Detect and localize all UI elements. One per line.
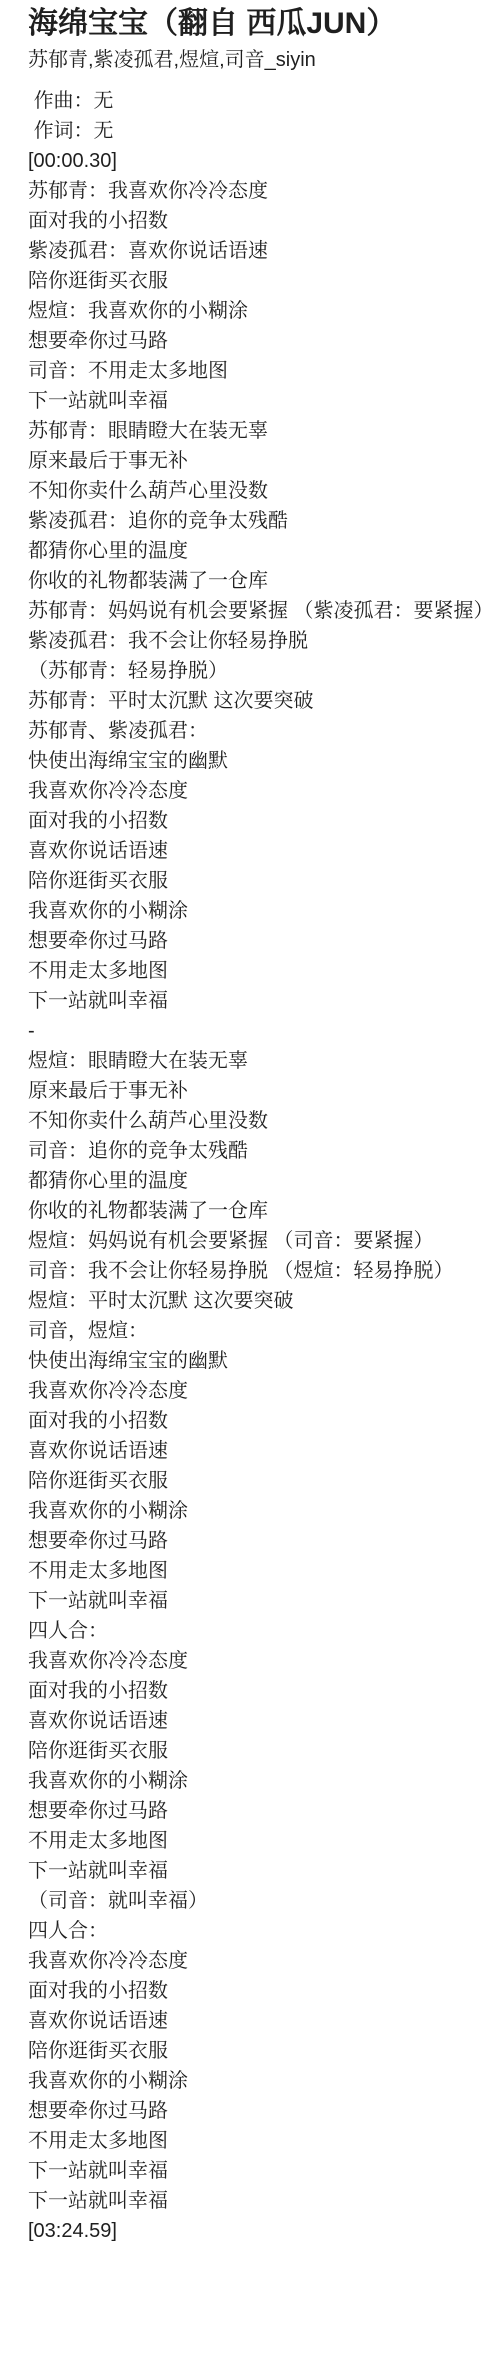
lyric-line: 不用走太多地图: [28, 1556, 490, 1586]
lyric-line: 苏郁青、紫凌孤君：: [28, 716, 490, 746]
lyric-line: 苏郁青：平时太沉默 这次要突破: [28, 686, 490, 716]
lyric-line: 不用走太多地图: [28, 1826, 490, 1856]
lyric-line: 原来最后于事无补: [28, 1076, 490, 1106]
lyric-line: -: [28, 1016, 490, 1046]
lyric-line: 紫凌孤君：我不会让你轻易挣脱: [28, 626, 490, 656]
lyric-line: 快使出海绵宝宝的幽默: [28, 746, 490, 776]
lyric-line: 下一站就叫幸福: [28, 386, 490, 416]
lyric-line: 我喜欢你的小糊涂: [28, 896, 490, 926]
lyric-line: 司音：追你的竞争太残酷: [28, 1136, 490, 1166]
lyric-line: （苏郁青：轻易挣脱）: [28, 656, 490, 686]
lyric-line: 陪你逛街买衣服: [28, 266, 490, 296]
lyric-line: 想要牵你过马路: [28, 2096, 490, 2126]
lyric-line: 我喜欢你的小糊涂: [28, 1766, 490, 1796]
lyric-line: [00:00.30]: [28, 146, 490, 176]
lyric-line: 作词：无: [28, 116, 490, 146]
lyric-line: 不知你卖什么葫芦心里没数: [28, 1106, 490, 1136]
lyric-line: 司音，煜煊：: [28, 1316, 490, 1346]
lyric-line: 陪你逛街买衣服: [28, 2036, 490, 2066]
lyric-line: 我喜欢你冷冷态度: [28, 776, 490, 806]
lyric-line: 想要牵你过马路: [28, 1526, 490, 1556]
lyric-line: 煜煊：平时太沉默 这次要突破: [28, 1286, 490, 1316]
lyric-line: 作曲：无: [28, 86, 490, 116]
lyrics-page: 海绵宝宝（翻自 西瓜JUN） 苏郁青,紫凌孤君,煜煊,司音_siyin 作曲：无…: [0, 0, 500, 2366]
lyric-line: 喜欢你说话语速: [28, 836, 490, 866]
lyric-line: 煜煊：眼睛瞪大在装无辜: [28, 1046, 490, 1076]
lyric-line: 面对我的小招数: [28, 1676, 490, 1706]
lyric-line: 四人合：: [28, 1916, 490, 1946]
lyric-line: 面对我的小招数: [28, 806, 490, 836]
lyric-line: 下一站就叫幸福: [28, 2156, 490, 2186]
lyric-line: 面对我的小招数: [28, 1976, 490, 2006]
song-title: 海绵宝宝（翻自 西瓜JUN）: [28, 6, 490, 42]
lyric-line: 都猜你心里的温度: [28, 1166, 490, 1196]
lyric-line: 面对我的小招数: [28, 1406, 490, 1436]
lyric-line: 我喜欢你的小糊涂: [28, 1496, 490, 1526]
lyric-line: 司音：不用走太多地图: [28, 356, 490, 386]
lyric-line: 下一站就叫幸福: [28, 986, 490, 1016]
lyric-line: 我喜欢你冷冷态度: [28, 1946, 490, 1976]
lyrics-block: 作曲：无 作词：无[00:00.30]苏郁青：我喜欢你冷冷态度面对我的小招数紫凌…: [28, 86, 490, 2246]
lyric-line: 紫凌孤君：追你的竞争太残酷: [28, 506, 490, 536]
artist-names: 苏郁青,紫凌孤君,煜煊,司音_siyin: [28, 46, 490, 74]
lyric-line: 下一站就叫幸福: [28, 2186, 490, 2216]
lyric-line: 下一站就叫幸福: [28, 1586, 490, 1616]
lyric-line: 苏郁青：我喜欢你冷冷态度: [28, 176, 490, 206]
lyric-line: 四人合：: [28, 1616, 490, 1646]
lyric-line: 不用走太多地图: [28, 2126, 490, 2156]
lyric-line: （司音：就叫幸福）: [28, 1886, 490, 1916]
lyric-line: 苏郁青：眼睛瞪大在装无辜: [28, 416, 490, 446]
lyric-line: 司音：我不会让你轻易挣脱 （煜煊：轻易挣脱）: [28, 1256, 490, 1286]
lyric-line: 想要牵你过马路: [28, 926, 490, 956]
lyric-line: 紫凌孤君：喜欢你说话语速: [28, 236, 490, 266]
lyric-line: 喜欢你说话语速: [28, 2006, 490, 2036]
lyric-line: 煜煊：妈妈说有机会要紧握 （司音：要紧握）: [28, 1226, 490, 1256]
lyric-line: 原来最后于事无补: [28, 446, 490, 476]
lyric-line: 面对我的小招数: [28, 206, 490, 236]
lyric-line: 我喜欢你的小糊涂: [28, 2066, 490, 2096]
lyric-line: 都猜你心里的温度: [28, 536, 490, 566]
lyric-line: [03:24.59]: [28, 2216, 490, 2246]
lyric-line: 你收的礼物都装满了一仓库: [28, 1196, 490, 1226]
lyric-line: 苏郁青：妈妈说有机会要紧握 （紫凌孤君：要紧握）: [28, 596, 490, 626]
lyric-line: 不用走太多地图: [28, 956, 490, 986]
lyric-line: 不知你卖什么葫芦心里没数: [28, 476, 490, 506]
lyric-line: 想要牵你过马路: [28, 326, 490, 356]
lyric-line: 下一站就叫幸福: [28, 1856, 490, 1886]
lyric-line: 陪你逛街买衣服: [28, 1736, 490, 1766]
lyric-line: 煜煊：我喜欢你的小糊涂: [28, 296, 490, 326]
lyric-line: 喜欢你说话语速: [28, 1436, 490, 1466]
lyric-line: 快使出海绵宝宝的幽默: [28, 1346, 490, 1376]
lyric-line: 我喜欢你冷冷态度: [28, 1376, 490, 1406]
lyric-line: 我喜欢你冷冷态度: [28, 1646, 490, 1676]
lyric-line: 喜欢你说话语速: [28, 1706, 490, 1736]
lyric-line: 陪你逛街买衣服: [28, 1466, 490, 1496]
lyric-line: 你收的礼物都装满了一仓库: [28, 566, 490, 596]
lyric-line: 想要牵你过马路: [28, 1796, 490, 1826]
lyric-line: 陪你逛街买衣服: [28, 866, 490, 896]
